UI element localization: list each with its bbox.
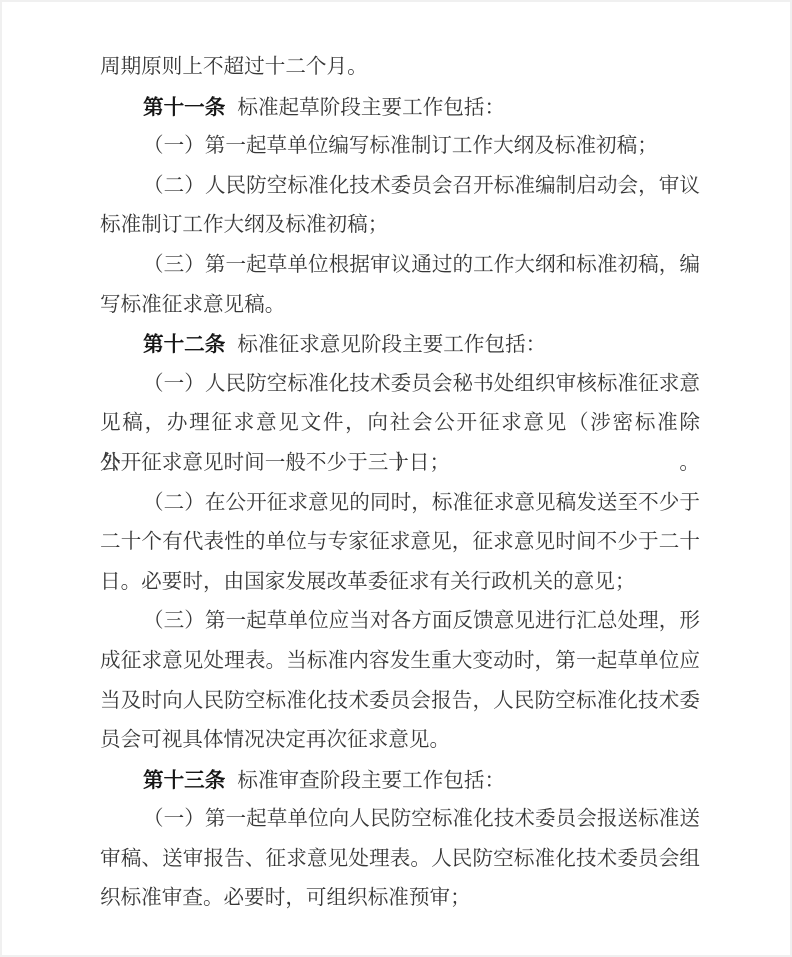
text-line: （一）人民防空标准化技术委员会秘书处组织审核标准征求意: [100, 365, 700, 405]
article-heading-13: 第十三条标准审查阶段主要工作包括：: [100, 761, 700, 801]
article-number: 第十一条: [143, 96, 225, 119]
article-heading-12: 第十二条标准征求意见阶段主要工作包括：: [100, 325, 700, 365]
article-number: 第十三条: [143, 769, 225, 792]
text-line: （一）第一起草单位向人民防空标准化技术委员会报送标准送: [100, 800, 700, 840]
text-line: 写标准征求意见稿。: [100, 286, 700, 326]
document-text-block: 周期原则上不超过十二个月。第十一条标准起草阶段主要工作包括：（一）第一起草单位编…: [100, 48, 700, 919]
list-item-3: （三）第一起草单位应当对各方面反馈意见进行汇总处理，形成征求意见处理表。当标准内…: [100, 602, 700, 760]
text-line: 成征求意见处理表。当标准内容发生重大变动时，第一起草单位应: [100, 642, 700, 682]
text-line: 员会可视具体情况决定再次征求意见。: [100, 721, 700, 761]
text-line: （一）第一起草单位编写标准制订工作大纲及标准初稿；: [100, 127, 700, 167]
list-item-1: （一）第一起草单位编写标准制订工作大纲及标准初稿；: [100, 127, 700, 167]
text-line: 日。必要时，由国家发展改革委征求有关行政机关的意见；: [100, 563, 700, 603]
text-line: （三）第一起草单位应当对各方面反馈意见进行汇总处理，形: [100, 602, 700, 642]
text-line: （二）人民防空标准化技术委员会召开标准编制启动会，审议: [100, 167, 700, 207]
text-line: 周期原则上不超过十二个月。: [100, 48, 700, 88]
text-line: 审稿、送审报告、征求意见处理表。人民防空标准化技术委员会组: [100, 840, 700, 880]
list-item-2: （二）在公开征求意见的同时，标准征求意见稿发送至不少于二十个有代表性的单位与专家…: [100, 484, 700, 603]
list-item-1: （一）人民防空标准化技术委员会秘书处组织审核标准征求意见稿，办理征求意见文件，向…: [100, 365, 700, 484]
list-item-3: （三）第一起草单位根据审议通过的工作大纲和标准初稿，编写标准征求意见稿。: [100, 246, 700, 325]
text-line: 二十个有代表性的单位与专家征求意见，征求意见时间不少于二十: [100, 523, 700, 563]
document-page: 周期原则上不超过十二个月。第十一条标准起草阶段主要工作包括：（一）第一起草单位编…: [0, 0, 792, 957]
list-item-2: （二）人民防空标准化技术委员会召开标准编制启动会，审议标准制订工作大纲及标准初稿…: [100, 167, 700, 246]
article-number: 第十二条: [143, 333, 225, 356]
paragraph-continuation: 周期原则上不超过十二个月。: [100, 48, 700, 88]
text-line: （二）在公开征求意见的同时，标准征求意见稿发送至不少于: [100, 484, 700, 524]
text-line: 织标准审查。必要时，可组织标准预审；: [100, 879, 700, 919]
text-line: （三）第一起草单位根据审议通过的工作大纲和标准初稿，编: [100, 246, 700, 286]
text-line: 标准制订工作大纲及标准初稿；: [100, 206, 700, 246]
text-line: 见稿，办理征求意见文件，向社会公开征求意见（涉密标准除外）。: [100, 404, 700, 444]
text-line: 当及时向人民防空标准化技术委员会报告，人民防空标准化技术委: [100, 682, 700, 722]
text-line: 第十一条标准起草阶段主要工作包括：: [100, 88, 700, 128]
text-line: 第十三条标准审查阶段主要工作包括：: [100, 761, 700, 801]
list-item-1: （一）第一起草单位向人民防空标准化技术委员会报送标准送审稿、送审报告、征求意见处…: [100, 800, 700, 919]
text-line: 第十二条标准征求意见阶段主要工作包括：: [100, 325, 700, 365]
article-heading-11: 第十一条标准起草阶段主要工作包括：: [100, 88, 700, 128]
